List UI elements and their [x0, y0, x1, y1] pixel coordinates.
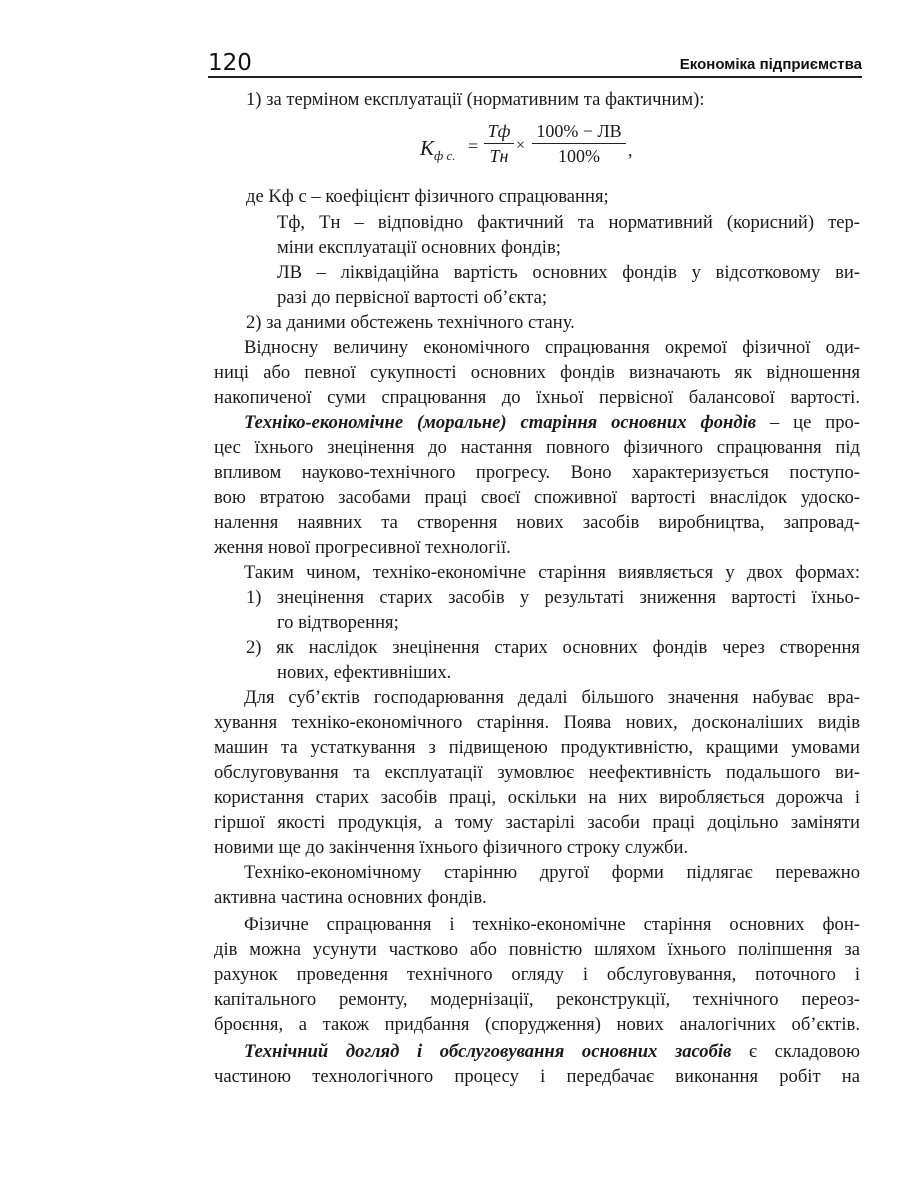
line-text: налення наявних та створення нових засоб… [214, 512, 860, 533]
line-text: ження нової прогресивної технології. [214, 537, 511, 558]
text-line: активна частина основних фондів. [214, 886, 774, 910]
text-line: Фізичне спрацювання і техніко-економічне… [244, 913, 860, 937]
page-header: 120 Економіка підприємства [208, 50, 862, 78]
text-line: налення наявних та створення нових засоб… [214, 511, 860, 535]
text-line: міни експлуатації основних фондів; [277, 236, 837, 260]
text-line: броєння, а також придбання (спорудження)… [214, 1013, 860, 1037]
line-text: є складовою [731, 1041, 860, 1062]
text-line: разі до первісної вартості об’єкта; [277, 286, 837, 310]
text-line: Технічний догляд і обслуговування основн… [244, 1040, 860, 1064]
text-line: нових, ефективніших. [277, 661, 837, 685]
line-text: броєння, а також придбання (спорудження)… [214, 1014, 860, 1035]
text-line: Техніко-економічному старінню другої фор… [244, 861, 860, 885]
line-text: новими ще до закінчення їхнього фізичног… [214, 837, 688, 858]
formula-equals: = [468, 136, 478, 157]
document-page: 120 Економіка підприємства Kф с. = Tф Tн… [0, 0, 908, 1204]
text-line: ниці або певної сукупності основних фонд… [214, 361, 860, 385]
text-line: Для суб’єктів господарювання дедалі біль… [244, 686, 860, 710]
running-title: Економіка підприємства [680, 56, 862, 74]
line-text: частиною технологічного процесу і передб… [214, 1066, 860, 1087]
line-text: впливом науково-технічного прогресу. Вон… [214, 462, 860, 483]
text-line: хування техніко-економічного старіння. П… [214, 711, 860, 735]
line-text: капітального ремонту, модернізації, реко… [214, 989, 860, 1010]
line-text: разі до первісної вартості об’єкта; [277, 287, 547, 308]
text-line: де Kф с – коефіцієнт фізичного спрацюван… [246, 185, 806, 209]
line-text: активна частина основних фондів. [214, 887, 487, 908]
text-line: обслуговування та експлуатації зумовлює … [214, 761, 860, 785]
line-text: Tф, Tн – відповідно фактичний та нормати… [277, 212, 860, 233]
text-line: впливом науково-технічного прогресу. Вон… [214, 461, 860, 485]
text-line: дів можна усунути частково або повністю … [214, 938, 860, 962]
line-text: 1) за терміном експлуатації (нормативним… [246, 89, 705, 110]
text-line: цес їхнього знецінення до настання повно… [214, 436, 860, 460]
line-text: Фізичне спрацювання і техніко-економічне… [244, 914, 860, 935]
text-line: накопиченої суми спрацювання до їхньої п… [214, 386, 860, 410]
text-line: користання старих засобів праці, оскільк… [214, 786, 860, 810]
formula-lhs-subscript: ф с. [434, 148, 456, 163]
formula-lhs-symbol: K [420, 136, 434, 160]
fraction-2-denominator: 100% [532, 145, 626, 167]
text-line: машин та устаткування з підвищеною проду… [214, 736, 860, 760]
text-line: 1) за терміном експлуатації (нормативним… [246, 88, 806, 112]
fraction-2-numerator: 100% − ЛВ [532, 120, 626, 142]
text-line: рахунок проведення технічного огляду і о… [214, 963, 860, 987]
fraction-bar [484, 143, 514, 144]
text-line: 2) за даними обстежень технічного стану. [246, 311, 806, 335]
line-text: 1) знецінення старих засобів у результат… [246, 587, 860, 608]
page-number: 120 [208, 50, 252, 76]
text-line: частиною технологічного процесу і передб… [214, 1065, 860, 1089]
formula-fraction-2: 100% − ЛВ 100% [532, 120, 626, 167]
line-text: го відтворення; [277, 612, 399, 633]
text-line: Таким чином, техніко-економічне старіння… [244, 561, 860, 585]
text-line: ЛВ – ліквідаційна вартість основних фонд… [277, 261, 860, 285]
text-line: капітального ремонту, модернізації, реко… [214, 988, 860, 1012]
text-line: Техніко-економічне (моральне) старіння о… [244, 411, 860, 435]
text-line: 2) як наслідок знецінення старих основни… [246, 636, 860, 660]
line-text: вою втратою засобами праці своєї споживн… [214, 487, 860, 508]
line-text: накопиченої суми спрацювання до їхньої п… [214, 387, 860, 408]
line-text: гіршої якості продукція, а тому застаріл… [214, 812, 860, 833]
fraction-1-denominator: Tн [484, 145, 514, 167]
depreciation-formula: Kф с. = Tф Tн × 100% − ЛВ 100% , [420, 118, 680, 180]
text-line: Tф, Tн – відповідно фактичний та нормати… [277, 211, 860, 235]
text-line: гіршої якості продукція, а тому застаріл… [214, 811, 860, 835]
text-line: го відтворення; [277, 611, 837, 635]
text-line: Відносну величину економічного спрацюван… [244, 336, 860, 360]
formula-lhs: Kф с. [420, 136, 456, 164]
line-text: хування техніко-економічного старіння. П… [214, 712, 860, 733]
line-text: міни експлуатації основних фондів; [277, 237, 561, 258]
header-rule [208, 76, 862, 78]
line-text: цес їхнього знецінення до настання повно… [214, 437, 860, 458]
line-text: обслуговування та експлуатації зумовлює … [214, 762, 860, 783]
line-text: 2) як наслідок знецінення старих основни… [246, 637, 860, 658]
line-text: користання старих засобів праці, оскільк… [214, 787, 860, 808]
line-text: Техніко-економічному старінню другої фор… [244, 862, 860, 883]
formula-comma: , [628, 140, 633, 161]
line-text: Для суб’єктів господарювання дедалі біль… [244, 687, 860, 708]
line-text: де Kф с – коефіцієнт фізичного спрацюван… [246, 186, 609, 207]
line-text: Таким чином, техніко-економічне старіння… [244, 562, 860, 583]
fraction-1-numerator: Tф [484, 120, 514, 142]
text-line: новими ще до закінчення їхнього фізичног… [214, 836, 774, 860]
text-line: вою втратою засобами праці своєї споживн… [214, 486, 860, 510]
line-text: машин та устаткування з підвищеною проду… [214, 737, 860, 758]
text-line: ження нової прогресивної технології. [214, 536, 774, 560]
emphasized-term: Техніко-економічне (моральне) старіння о… [244, 412, 756, 433]
line-text: 2) за даними обстежень технічного стану. [246, 312, 575, 333]
emphasized-term: Технічний догляд і обслуговування основн… [244, 1041, 731, 1062]
line-text: – це про- [756, 412, 860, 433]
line-text: Відносну величину економічного спрацюван… [244, 337, 860, 358]
formula-times: × [516, 137, 525, 155]
line-text: ЛВ – ліквідаційна вартість основних фонд… [277, 262, 860, 283]
line-text: дів можна усунути частково або повністю … [214, 939, 860, 960]
fraction-bar [532, 143, 626, 144]
line-text: нових, ефективніших. [277, 662, 451, 683]
text-line: 1) знецінення старих засобів у результат… [246, 586, 860, 610]
line-text: рахунок проведення технічного огляду і о… [214, 964, 860, 985]
formula-fraction-1: Tф Tн [484, 120, 514, 167]
line-text: ниці або певної сукупності основних фонд… [214, 362, 860, 383]
